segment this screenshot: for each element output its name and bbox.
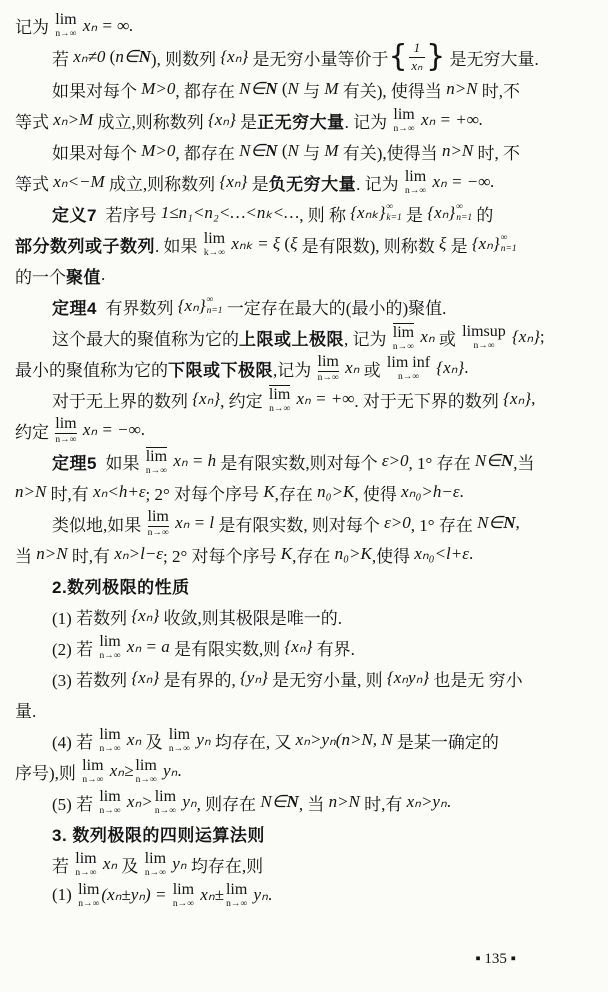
lim-notation: limn→∞ [155,789,176,817]
text-segment: xₙ≥ [106,761,134,781]
text-segment: 成立,则称数列 [93,108,208,133]
lim-notation: limn→∞ [99,789,120,817]
text-segment: N [503,513,515,533]
text-segment: N [288,79,299,99]
text-segment: 是有限实数,则 [170,635,285,660]
text-segment: K [263,482,274,502]
text-segment: {xₙ} [178,296,206,316]
lim-notation: limn→∞ [173,882,194,910]
lim-notation: lim infn→∞ [387,355,430,383]
text-segment: ε>0 [382,451,409,471]
text-segment: {xₙ} [131,606,159,626]
lim-notation: limn→∞ [393,107,414,135]
limsup-notation: limn→∞ [269,385,290,415]
text-segment: . 如果 [155,232,202,257]
text-segment: . [460,482,464,502]
text-segment: 记为 [15,13,53,38]
text-segment: 是某一确定的 [393,728,499,753]
lim-notation: limn→∞ [169,727,190,755]
liminf-notation: limn→∞ [148,509,169,539]
text-segment: 是有限数), 则称数 [297,232,439,257]
text-segment: . [268,885,272,905]
text-segment: 也是无 穷小 [429,666,523,691]
text-segment: (5) 若 [52,790,97,815]
text-segment: 时, 不 [473,139,520,164]
text-segment: n>N [36,544,67,564]
lim-notation: limn→∞ [99,727,120,755]
text-segment: ξ [439,234,446,254]
page-footer: ▪ 135 ▪ [6,951,602,992]
text-segment: xₙ₀>h−ε [401,482,459,502]
text-line: 记为 limn→∞ xₙ = ∞. [6,10,602,41]
text-segment: ( [278,79,288,99]
text-segment: N [265,141,277,161]
text-segment: {xₙ} [220,47,248,67]
text-segment: 时,不 [478,77,521,102]
text-segment: 序号),则 [15,759,80,784]
section-heading: 3. 数列极限的四则运算法则 [6,818,602,849]
text-segment: 的 [472,201,493,226]
text-segment: 是 [446,232,472,257]
text-segment: n>N [329,792,360,812]
text-line: 如果对每个 M>0, 都存在 N∈N (N 与 M 有关), 使得当 n>N 时… [6,74,602,105]
text-segment: ( [278,141,288,161]
limsup-notation: limn→∞ [146,447,167,477]
text-segment: 1≤n₁<n₂<…<nₖ<… [161,203,300,223]
text-segment: {xₙ} [192,389,220,409]
text-line: 的一个聚值. [6,260,602,291]
text-line: 当 n>N 时,有 xₙ>l−ε; 2° 对每个序号 K,存在 n₀>K,使得 … [6,539,602,570]
text-segment: 时,有 [68,542,115,567]
text-segment: xₙ = +∞ [292,389,354,409]
text-segment: N∈ [260,792,286,812]
text-segment: 是有限实数, 则对每个 [214,511,384,536]
text-segment: n₀>K [317,482,354,502]
text-segment: xₙ = a [123,637,170,657]
text-segment: 有界. [312,635,355,660]
text-segment: , 都存在 [175,139,239,164]
text-segment: n₀>K [335,544,372,564]
text-segment: (2) 若 [52,635,97,660]
text-segment: n>N [446,79,477,99]
text-segment: (3) 若数列 [52,666,131,691]
text-segment: . 记为 [345,108,392,133]
text-segment: 最小的聚值称为它的 [15,356,168,381]
text-segment: {xₙ} [508,327,540,347]
big-brace: { [389,45,408,69]
text-segment: {xₙ} [427,203,455,223]
series-index-bounds: ∞n=1 [501,233,517,256]
text-segment: {xₙₖ} [350,203,385,223]
text-segment: xₙ> [123,792,153,812]
text-segment: 是 [402,201,428,226]
book-page: 记为 limn→∞ xₙ = ∞.若 xₙ≠0 (n∈N), 则数列 {xₙ} … [0,0,608,992]
text-segment: . [469,544,473,564]
text-segment: 量. [15,697,36,722]
text-segment: xₙ [416,327,435,347]
text-segment: , 约定 [220,387,267,412]
text-segment: yₙ [168,854,187,874]
text-segment: xₙ>yₙ [407,792,447,812]
limsup-notation: limn→∞ [393,323,414,353]
text-segment: N∈ [475,451,501,471]
text-segment: , 使得 [354,480,401,505]
text-segment: 均存在,则 [187,852,264,877]
text-segment: 是 [247,170,268,195]
text-segment: N∈ [477,513,503,533]
text-segment: 时,有 [360,790,407,815]
bold-term: 聚值 [66,263,101,288]
text-line: (5) 若 limn→∞ xₙ>limn→∞ yₙ, 则存在 N∈N, 当 n>… [6,787,602,818]
text-segment: ,使得 [372,542,415,567]
text-segment: 若 [52,45,73,70]
text-segment: xₙ = +∞. [417,110,483,130]
text-segment: N [288,141,299,161]
fraction: 1xₙ [409,41,426,74]
text-segment: , [516,513,520,533]
text-segment: N [139,47,151,67]
text-segment: {xₙ} [131,668,159,688]
text-segment: n>N [15,482,46,502]
text-segment: xₙ<−M [53,172,104,192]
text-line: (4) 若 limn→∞ xₙ 及 limn→∞ yₙ 均存在, 又 xₙ>yₙ… [6,725,602,756]
text-segment: xₙ = l [171,513,214,533]
text-segment: {xₙ} [503,389,531,409]
text-segment: 是无穷小量等价于 [248,45,388,70]
text-segment: n>N [442,141,473,161]
series-index-bounds: ∞n=1 [207,295,223,318]
page-body: 记为 limn→∞ xₙ = ∞.若 xₙ≠0 (n∈N), 则数列 {xₙ} … [6,10,602,911]
liminf-notation: limn→∞ [318,354,339,384]
lim-notation: limn→∞ [135,758,156,786]
lim-notation: limn→∞ [75,851,96,879]
text-line: 量. [6,694,602,725]
lim-notation: limk→∞ [204,231,225,259]
text-segment: 均存在, 又 [211,728,296,753]
text-line: (3) 若数列 {xₙ} 是有界的, {yₙ} 是无穷小量, 则 {xₙyₙ} … [6,663,602,694]
text-line: 这个最大的聚值称为它的上限或上极限, 记为 limn→∞ xₙ 或 limsup… [6,322,602,353]
text-line: 序号),则 limn→∞ xₙ≥limn→∞ yₙ. [6,756,602,787]
text-segment: ε>0 [384,513,411,533]
text-segment: . [141,420,145,440]
text-segment: xₙ [341,358,360,378]
text-segment: {xₙ} [472,234,500,254]
text-segment: {xₙ} [219,172,247,192]
text-segment: N [287,792,299,812]
text-segment: , 都存在 [175,77,239,102]
text-segment: , [531,389,535,409]
lim-notation: limn→∞ [405,169,426,197]
section-heading: 2.数列极限的性质 [6,570,602,601]
text-segment: ( [105,47,115,67]
text-segment: 对于无上界的数列 [52,387,192,412]
text-segment: , 1° 存在 [411,511,477,536]
text-segment: xₙ = −∞. [428,172,494,192]
lim-notation: limn→∞ [82,758,103,786]
text-segment: 的一个 [15,263,66,288]
text-segment: , 则 称 [299,201,350,226]
text-segment: xₙ>yₙ(n>N, N [296,730,393,750]
text-line: 类似地,如果 limn→∞ xₙ = l 是有限实数, 则对每个 ε>0, 1°… [6,508,602,539]
text-line: 等式 xₙ<−M 成立,则称数列 {xₙ} 是负无穷大量. 记为 limn→∞ … [6,167,602,198]
text-segment: xₙₖ = ξ [227,234,284,254]
text-segment: ,当 [513,449,534,474]
text-line: 若 xₙ≠0 (n∈N), 则数列 {xₙ} 是无穷小量等价于{1xₙ} 是无穷… [6,41,602,74]
text-segment: M [324,141,338,161]
text-segment: {xₙ} [208,110,236,130]
text-segment: , 1° 存在 [409,449,475,474]
text-line: 约定 limn→∞ xₙ = −∞. [6,415,602,446]
series-index-bounds: ∞n=1 [456,202,472,225]
text-line: 定理5 如果 limn→∞ xₙ = h 是有限实数,则对每个 ε>0, 1° … [6,446,602,477]
text-segment: , 记为 [344,325,391,350]
text-segment: xₙ [99,854,118,874]
bold-term: 定理5 [52,449,97,474]
text-segment: N∈ [239,141,265,161]
text-segment: xₙ>l−ε [114,544,163,564]
text-segment: yₙ [192,730,211,750]
text-segment: (1) 若数列 [52,604,131,629]
text-line: 定义7 若序号 1≤n₁<n₂<…<nₖ<…, 则 称 {xₙₖ}∞k=1 是 … [6,198,602,229]
text-line: 等式 xₙ>M 成立,则称数列 {xₙ} 是正无穷大量. 记为 limn→∞ x… [6,105,602,136]
bold-term: 部分数列或子数列 [15,232,155,257]
big-brace: } [426,45,445,69]
text-segment: (1) [52,885,76,905]
text-segment: 如果 [97,449,144,474]
text-line: 如果对每个 M>0, 都存在 N∈N (N 与 M 有关),使得当 n>N 时,… [6,136,602,167]
text-segment: 是 [236,108,257,133]
text-segment: 及 [141,728,167,753]
text-segment: xₙ = ∞. [79,16,134,36]
text-segment: . [447,792,451,812]
text-segment: , 则存在 [197,790,261,815]
text-segment: (xₙ±yₙ) = [101,885,170,905]
text-segment: ; 2° 对每个序号 [163,542,281,567]
text-segment: , 当 [299,790,329,815]
text-segment: 约定 [15,418,53,443]
bold-term: 上限或上极限 [239,325,344,350]
text-segment: M>0 [141,79,175,99]
bold-term: 2.数列极限的性质 [52,573,190,598]
text-segment: xₙ<h+ε [93,482,145,502]
text-segment: 是有界的, [159,666,240,691]
text-segment: 是有限实数,则对每个 [216,449,382,474]
text-segment: 与 [299,139,325,164]
bold-term: 3. 数列极限的四则运算法则 [52,821,265,846]
text-segment: 与 [299,77,325,102]
text-segment: n∈ [115,47,138,67]
text-segment: 或 [359,356,385,381]
text-segment: yₙ [249,885,268,905]
text-segment: ; [540,327,545,347]
text-segment: xₙ = −∞ [79,420,141,440]
text-line: 定理4 有界数列 {xₙ}∞n=1 一定存在最大的(最小的)聚值. [6,291,602,322]
text-line: 部分数列或子数列. 如果 limk→∞ xₙₖ = ξ (ξ 是有限数), 则称… [6,229,602,260]
text-segment: {xₙyₙ} [387,668,429,688]
text-segment: 及 [117,852,143,877]
text-segment: 有关), 使得当 [339,77,447,102]
text-segment: xₙ = h [169,451,216,471]
text-segment: 或 [435,325,461,350]
lim-notation: limn→∞ [226,882,247,910]
text-line: 若 limn→∞ xₙ 及 limn→∞ yₙ 均存在,则 [6,849,602,880]
lim-notation: limn→∞ [78,882,99,910]
text-segment: ,记为 [273,356,316,381]
text-segment: ), 则数列 [151,45,220,70]
text-segment: 一定存在最大的(最小的)聚值. [223,294,447,319]
text-segment: yₙ [178,792,197,812]
text-segment: ξ [290,234,297,254]
text-segment: 有界数列 [97,294,178,319]
text-line: 对于无上界的数列 {xₙ}, 约定 limn→∞ xₙ = +∞. 对于无下界的… [6,384,602,415]
text-segment: M [324,79,338,99]
text-segment: 成立,则称数列 [105,170,220,195]
text-segment: . [464,358,468,378]
series-index-bounds: ∞k=1 [386,202,401,225]
text-segment: {xₙ} [284,637,312,657]
text-segment: N [265,79,277,99]
text-segment: ; 2° 对每个序号 [146,480,264,505]
text-segment: 收敛,则其极限是唯一的. [159,604,342,629]
text-segment: xₙ≠0 [73,47,105,67]
bold-term: 正无穷大量 [257,108,345,133]
text-segment: 时,有 [46,480,93,505]
text-segment: ,存在 [275,480,318,505]
lim-notation: limsupn→∞ [462,324,506,352]
text-segment: 若 [52,852,73,877]
text-line: (2) 若 limn→∞ xₙ = a 是有限实数,则 {xₙ} 有界. [6,632,602,663]
text-segment: xₙ>M [53,110,93,130]
text-segment: M>0 [141,141,175,161]
text-segment: 有关),使得当 [339,139,442,164]
bold-term: 定理4 [52,294,97,319]
text-segment: {xₙ} [432,358,464,378]
lim-notation: limn→∞ [55,12,76,40]
bold-term: 定义7 [52,201,97,226]
text-segment: (4) 若 [52,728,97,753]
text-segment: xₙ± [196,885,224,905]
text-segment: . [177,761,181,781]
text-segment: 类似地,如果 [52,511,146,536]
text-segment: K [281,544,292,564]
bold-term: 负无穷大量 [269,170,357,195]
liminf-notation: limn→∞ [55,416,76,446]
text-segment: 当 [15,542,36,567]
text-segment: yₙ [159,761,178,781]
text-line: 最小的聚值称为它的下限或下极限,记为 limn→∞ xₙ 或 lim infn→… [6,353,602,384]
text-segment: 若序号 [97,201,161,226]
text-line: n>N 时,有 xₙ<h+ε; 2° 对每个序号 K,存在 n₀>K, 使得 x… [6,477,602,508]
text-segment: 是无穷大量. [445,45,539,70]
text-segment: ,存在 [292,542,335,567]
text-segment: 等式 [15,170,53,195]
text-segment: 等式 [15,108,53,133]
text-segment: 是无穷小量, 则 [268,666,387,691]
lim-notation: limn→∞ [99,634,120,662]
lim-notation: limn→∞ [145,851,166,879]
text-segment: . 记为 [356,170,403,195]
text-segment: . [101,265,105,285]
text-line: (1) 若数列 {xₙ} 收敛,则其极限是唯一的. [6,601,602,632]
text-segment: 如果对每个 [52,139,141,164]
text-segment: {yₙ} [240,668,268,688]
text-segment: N∈ [239,79,265,99]
text-segment: xₙ [123,730,142,750]
bold-term: 下限或下极限 [168,356,273,381]
text-line: (1) limn→∞(xₙ±yₙ) = limn→∞ xₙ±limn→∞ yₙ. [6,880,602,911]
text-segment: 这个最大的聚值称为它的 [52,325,239,350]
text-segment: 如果对每个 [52,77,141,102]
text-segment: N [501,451,513,471]
text-segment: . 对于无下界的数列 [354,387,503,412]
page-number: ▪ 135 ▪ [475,951,516,967]
text-segment: xₙ₀<l+ε [414,544,469,564]
